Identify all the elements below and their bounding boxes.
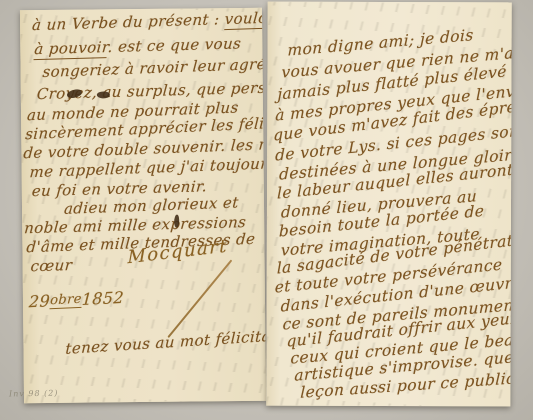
handwritten-line: à un Verbe du présent : vouloir (31, 8, 266, 34)
letter-scan: à un Verbe du présent : vouloir à pouvoi… (0, 0, 533, 420)
date-line: 29obre1852 (28, 288, 124, 311)
letter-page-left: à un Verbe du présent : vouloir à pouvoi… (20, 8, 266, 404)
pen-flourish (167, 259, 232, 338)
postscript-line: tenez vous au mot félicitant (65, 326, 266, 358)
handwritten-line: à pouvoir. est ce que vous (34, 34, 242, 58)
letter-page-right: mon digne ami; je dois vous avouer que r… (266, 2, 511, 407)
inventory-annotation: Inv 98 (2) (9, 389, 59, 399)
handwritten-line: cœur (30, 256, 73, 275)
